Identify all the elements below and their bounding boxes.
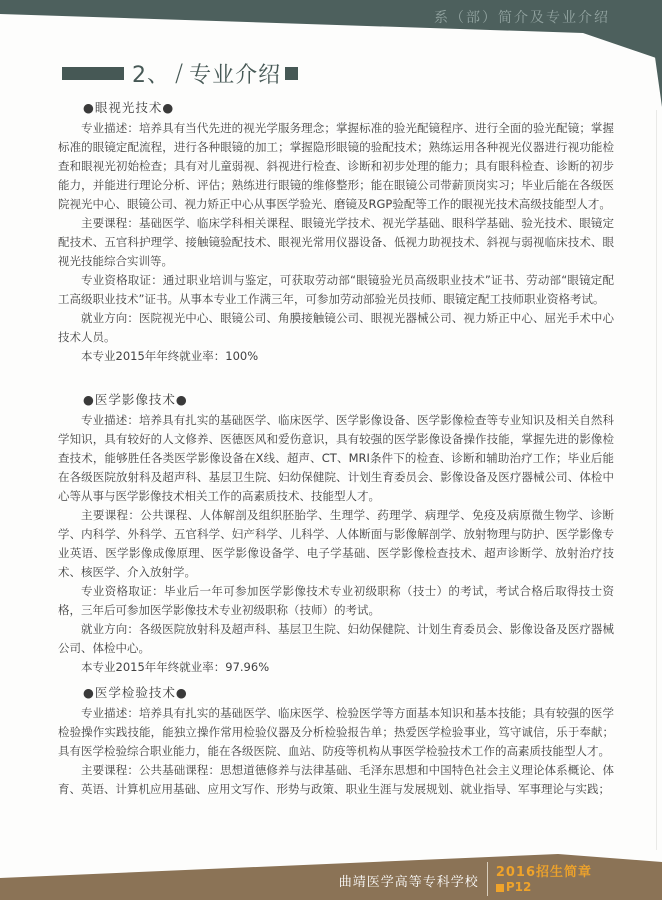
section-heading: ●眼视光技术● — [58, 98, 614, 117]
title-number: 2、 — [132, 58, 170, 89]
paragraph-employment: 就业方向：医院视光中心、眼镜公司、角膜接触镜公司、眼视光器械公司、视力矫正中心、… — [58, 309, 614, 347]
brochure-info: 2016招生简章 P12 — [496, 865, 592, 895]
footer-divider — [487, 862, 488, 896]
paragraph-employment-rate: 本专业2015年年终就业率：97.96% — [58, 658, 614, 677]
paragraph-courses: 主要课程：公共基础课程：思想道德修养与法律基础、毛泽东思想和中国特色社会主义理论… — [58, 761, 614, 799]
header-band: 系（部）简介及专业介绍 — [0, 0, 662, 110]
school-name: 曲靖医学高等专科学校 — [339, 871, 479, 890]
paragraph-description: 专业描述：培养具有扎实的基础医学、临床医学、医学影像设备、医学影像检查等专业知识… — [58, 411, 614, 506]
title-label: 专业介绍 — [189, 58, 281, 89]
section-medical-imaging-technology: ●医学影像技术● 专业描述：培养具有扎实的基础医学、临床医学、医学影像设备、医学… — [58, 390, 614, 677]
title-bar-decoration — [62, 67, 124, 80]
page-number-text: P12 — [506, 880, 532, 895]
content-area: ●眼视光技术● 专业描述：培养具有当代先进的视光学服务理念；掌握标准的验光配镜程… — [58, 96, 614, 799]
brochure-title: 2016招生简章 — [496, 865, 592, 880]
header-corner-sliver — [655, 55, 662, 107]
paragraph-description: 专业描述：培养具有扎实的基础医学、临床医学、检验医学等方面基本知识和基本技能；具… — [58, 704, 614, 761]
page-number: P12 — [496, 880, 592, 895]
paragraph-courses: 主要课程：公共课程、人体解剖及组织胚胎学、生理学、药理学、病理学、免疫及病原微生… — [58, 506, 614, 582]
paragraph-courses: 主要课程：基础医学、临床学科相关课程、眼镜光学技术、视光学基础、眼科学基础、验光… — [58, 214, 614, 271]
paragraph-certification: 专业资格取证：毕业后一年可参加医学影像技术专业初级职称（技士）的考试，考试合格后… — [58, 582, 614, 620]
section-heading: ●医学影像技术● — [58, 390, 614, 409]
page-title: 2、 / 专业介绍 — [62, 58, 298, 89]
breadcrumb: 系（部）简介及专业介绍 — [434, 7, 610, 27]
slash-divider: / — [175, 59, 184, 87]
page-edge-line — [656, 110, 657, 850]
title-end-square — [285, 67, 298, 80]
paragraph-employment: 就业方向：各级医院放射科及超声科、基层卫生院、妇幼保健院、计划生育委员会、影像设… — [58, 620, 614, 658]
paragraph-description: 专业描述：培养具有当代先进的视光学服务理念；掌握标准的验光配镜程序、进行全面的验… — [58, 119, 614, 214]
paragraph-certification: 专业资格取证：通过职业培训与鉴定，可获取劳动部“眼镜验光员高级职业技术”证书、劳… — [58, 271, 614, 309]
page-number-square-icon — [496, 884, 504, 892]
section-heading: ●医学检验技术● — [58, 683, 614, 702]
section-medical-laboratory-technology: ●医学检验技术● 专业描述：培养具有扎实的基础医学、临床医学、检验医学等方面基本… — [58, 683, 614, 799]
section-optometry-technology: ●眼视光技术● 专业描述：培养具有当代先进的视光学服务理念；掌握标准的验光配镜程… — [58, 98, 614, 366]
page-title-text: 2、 / 专业介绍 — [132, 58, 281, 89]
paragraph-employment-rate: 本专业2015年年终就业率：100% — [58, 347, 614, 366]
footer-content: 曲靖医学高等专科学校 2016招生简章 P12 — [0, 854, 662, 898]
